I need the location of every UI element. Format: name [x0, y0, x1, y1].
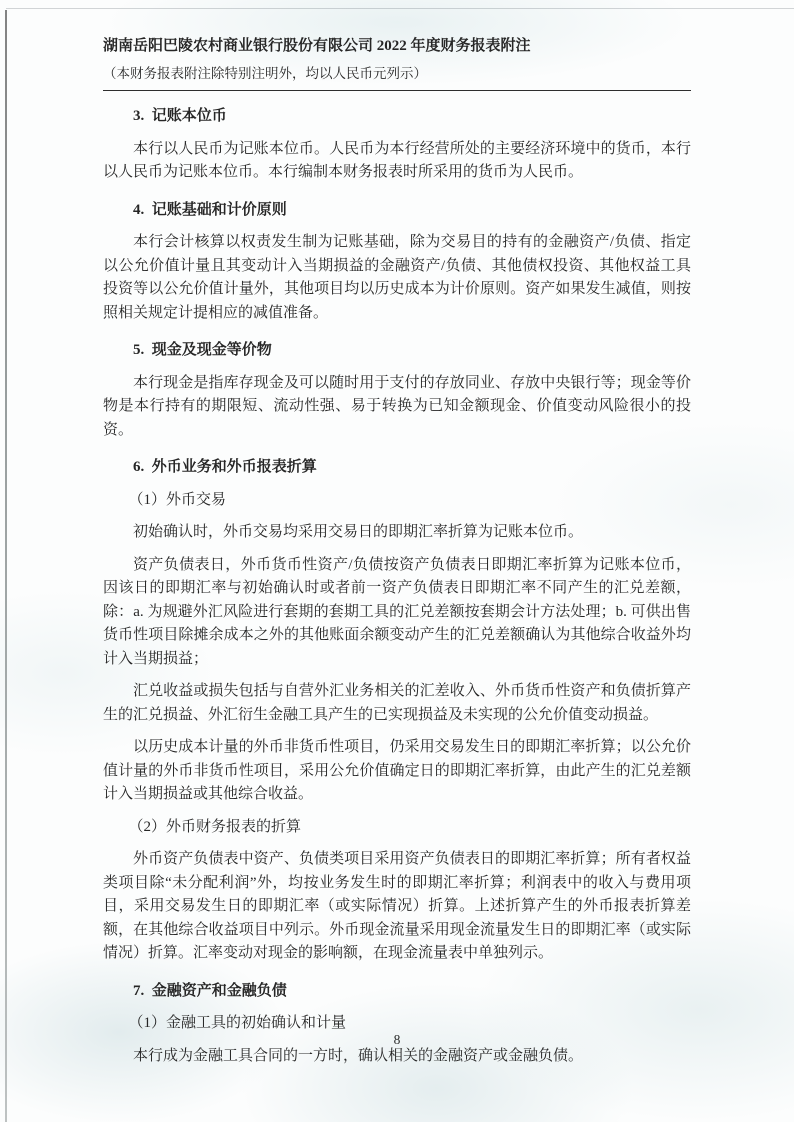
- paragraph: 以历史成本计量的外币非货币性项目，仍采用交易发生日的即期汇率折算；以公允价值计量…: [103, 736, 691, 807]
- section-heading-7: 7. 金融资产和金融负债: [103, 980, 691, 1004]
- paragraph: 资产负债表日，外币货币性资产/负债按资产负债表日即期汇率折算为记账本位币，因该日…: [103, 554, 691, 672]
- document-page: 湖南岳阳巴陵农村商业银行股份有限公司 2022 年度财务报表附注 （本财务报表附…: [0, 0, 794, 1122]
- document-content: 湖南岳阳巴陵农村商业银行股份有限公司 2022 年度财务报表附注 （本财务报表附…: [103, 36, 691, 1068]
- paragraph: 本行会计核算以权责发生制为记账基础，除为交易目的持有的金融资产/负债、指定以公允…: [103, 231, 691, 325]
- document-title: 湖南岳阳巴陵农村商业银行股份有限公司 2022 年度财务报表附注: [103, 36, 691, 56]
- paragraph: 初始确认时，外币交易均采用交易日的即期汇率折算为记账本位币。: [103, 521, 691, 545]
- sub-heading: （1）外币交易: [103, 489, 691, 513]
- paragraph: 汇兑收益或损失包括与自营外汇业务相关的汇差收入、外币货币性资产和负债折算产生的汇…: [103, 680, 691, 727]
- section-heading-3: 3. 记账本位币: [103, 105, 691, 129]
- page-number: 8: [0, 1032, 794, 1048]
- section-heading-4: 4. 记账基础和计价原则: [103, 199, 691, 223]
- paragraph: 本行以人民币为记账本位币。人民币为本行经营所处的主要经济环境中的货币，本行以人民…: [103, 138, 691, 185]
- document-note: （本财务报表附注除特别注明外，均以人民币元列示）: [103, 65, 691, 91]
- section-heading-5: 5. 现金及现金等价物: [103, 339, 691, 363]
- paragraph: 本行成为金融工具合同的一方时，确认相关的金融资产或金融负债。: [103, 1045, 691, 1069]
- paragraph: 本行现金是指库存现金及可以随时用于支付的存放同业、存放中央银行等；现金等价物是本…: [103, 372, 691, 443]
- section-heading-6: 6. 外币业务和外币报表折算: [103, 456, 691, 480]
- paragraph: 外币资产负债表中资产、负债类项目采用资产负债表日的即期汇率折算；所有者权益类项目…: [103, 848, 691, 966]
- sub-heading: （2）外币财务报表的折算: [103, 816, 691, 840]
- scan-edge-top: [6, 8, 794, 9]
- scan-edge-left: [5, 10, 7, 1122]
